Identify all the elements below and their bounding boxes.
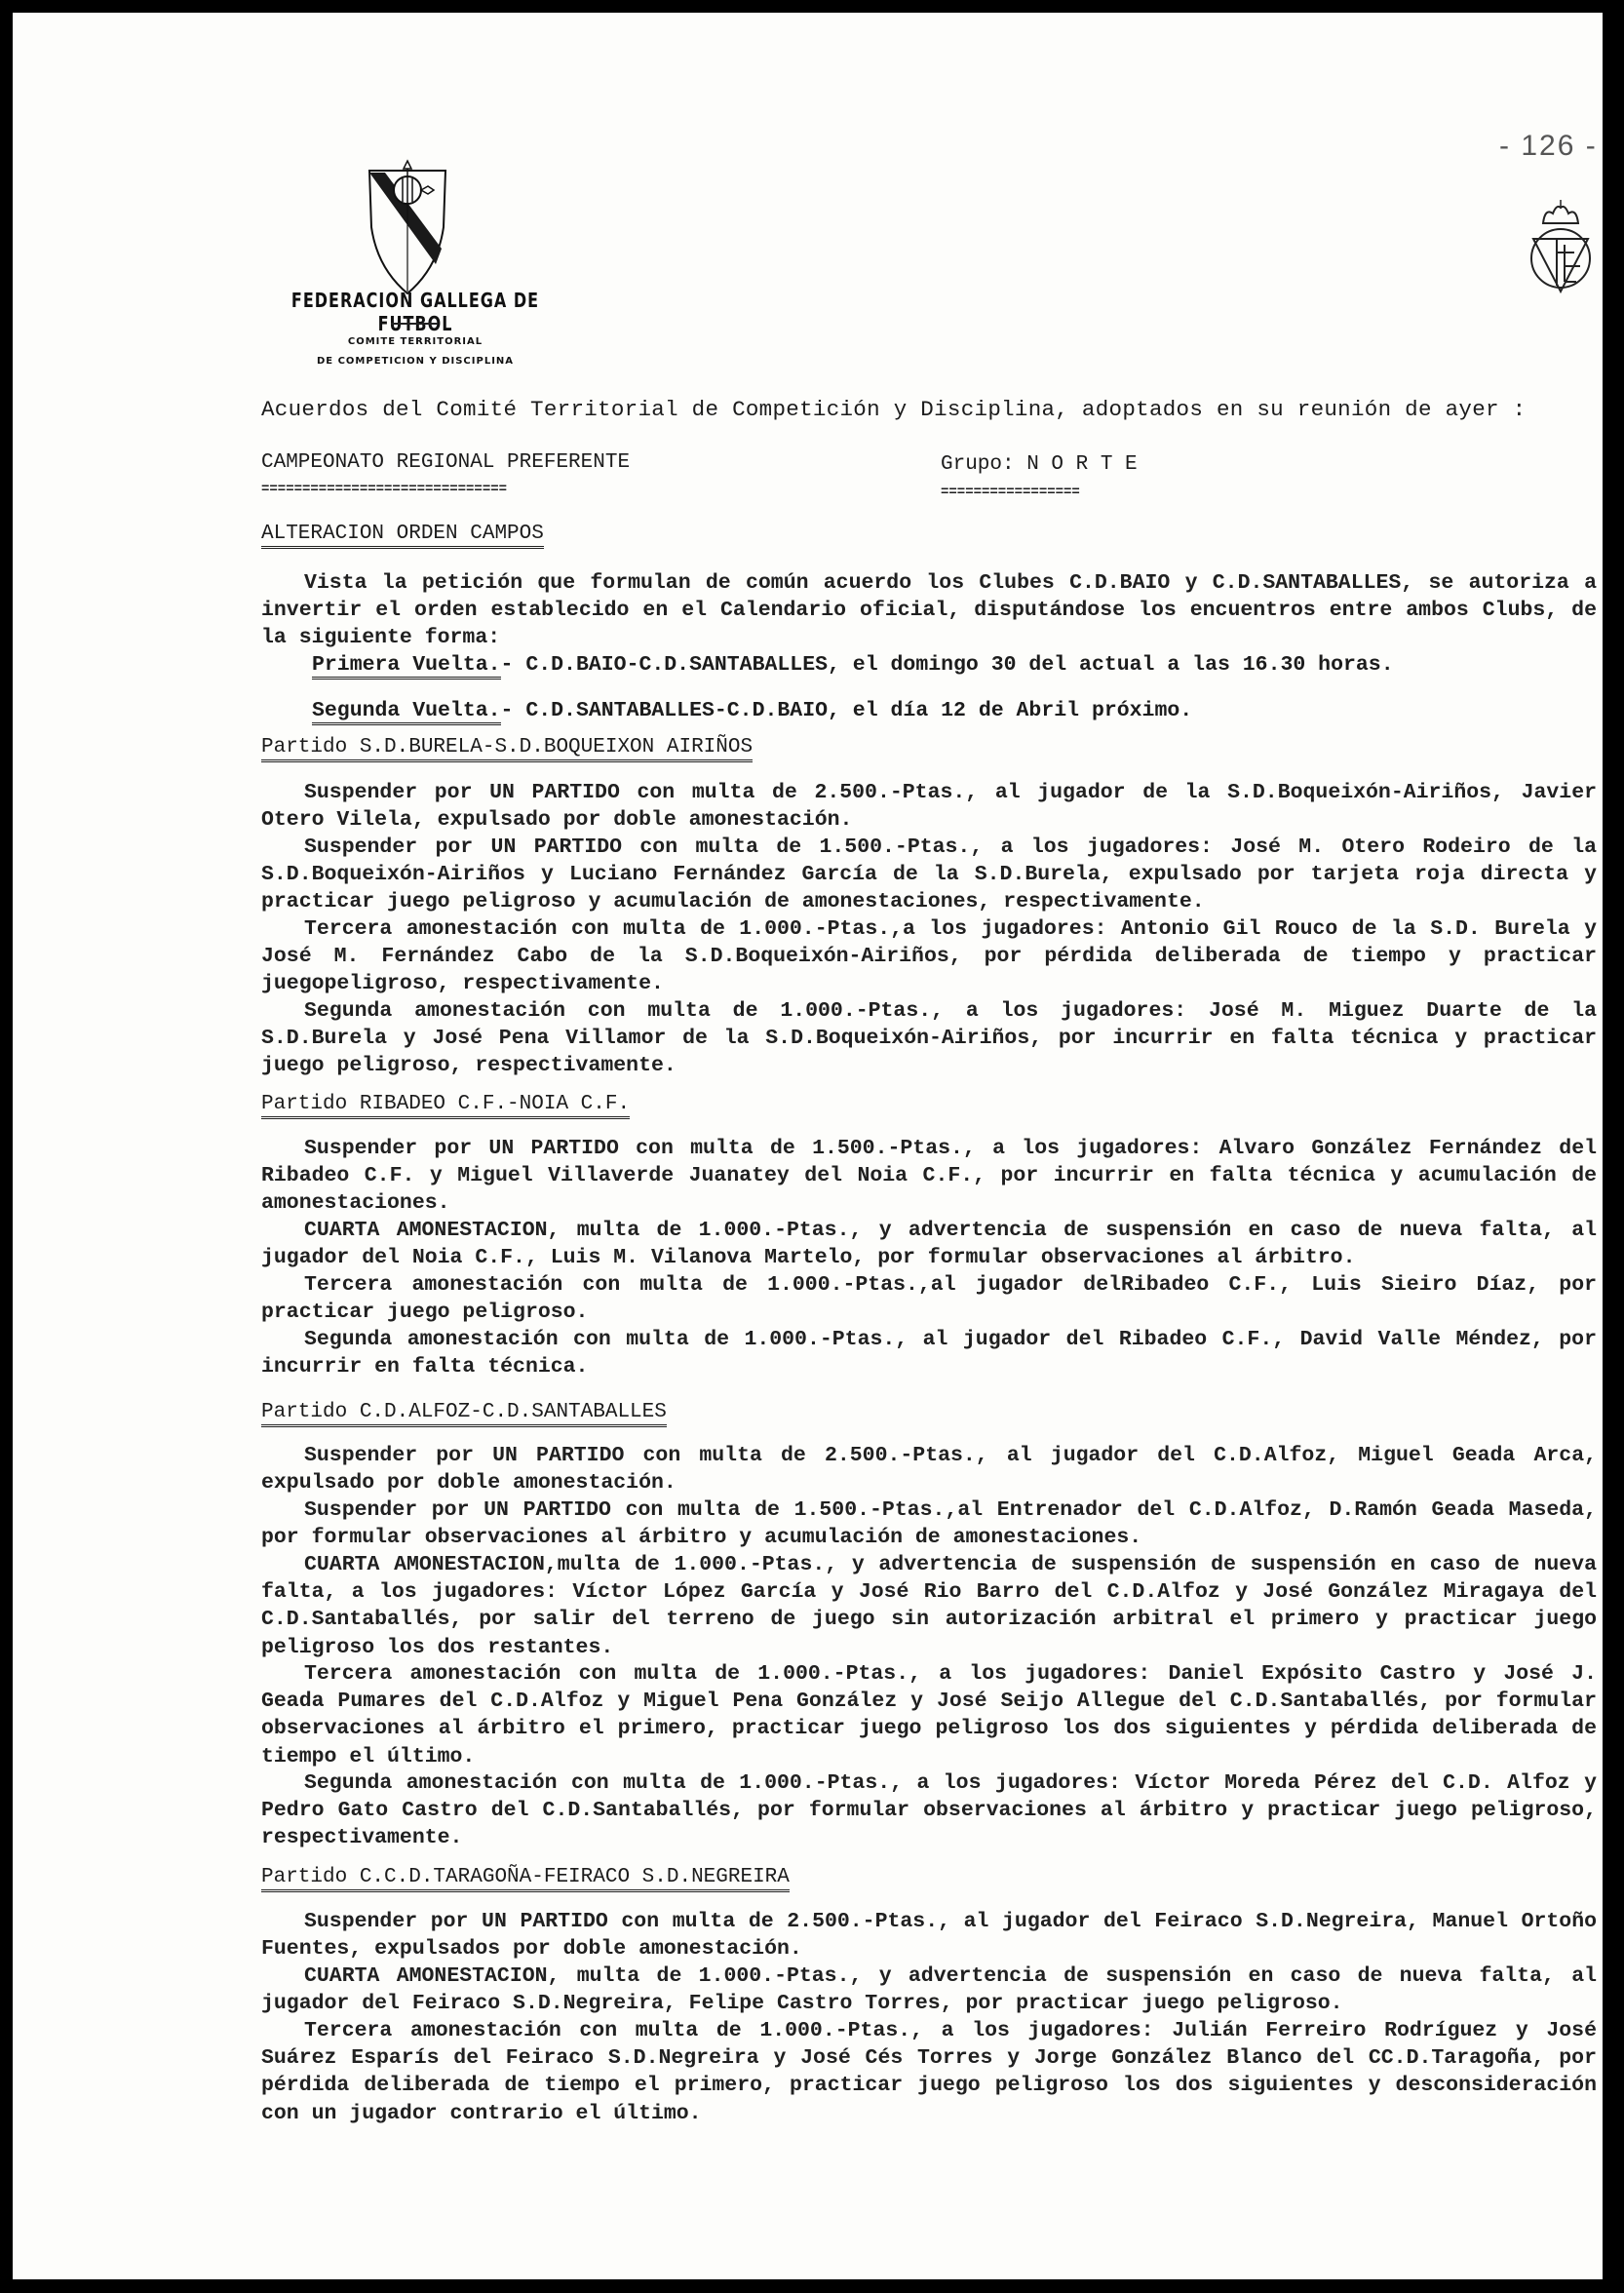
section-paragraph: CUARTA AMONESTACION, multa de 1.000.-Pta… [261,1963,1597,2017]
page-number: - 126 - [1499,130,1598,163]
group-label-rule: ================= [941,485,1080,500]
schedule-item-label: Segunda Vuelta. [312,699,501,725]
championship-title: CAMPEONATO REGIONAL PREFERENTE [261,451,630,474]
federation-name: FEDERACION GALLEGA DE FUTBOL [254,289,576,335]
section-paragraph: Suspender por UN PARTIDO con multa de 2.… [261,1908,1597,1963]
letterhead-divider [391,323,438,325]
intro-text: Acuerdos del Comité Territorial de Compe… [261,397,1526,422]
section-heading: Partido C.D.ALFOZ-C.D.SANTABALLES [261,1401,667,1427]
section-paragraph: Suspender por UN PARTIDO con multa de 2.… [261,1442,1597,1496]
schedule-item-text: - C.D.SANTABALLES-C.D.BAIO, el día 12 de… [501,699,1193,722]
section-paragraph: Vista la petición que formulan de común … [261,569,1597,652]
schedule-item: Primera Vuelta.- C.D.BAIO-C.D.SANTABALLE… [312,653,1394,677]
group-label: Grupo: N O R T E [941,453,1138,476]
section-heading: ALTERACION ORDEN CAMPOS [261,523,544,549]
section-paragraph: Suspender por UN PARTIDO con multa de 1.… [261,1135,1597,1218]
section-paragraph: CUARTA AMONESTACION, multa de 1.000.-Pta… [261,1217,1597,1271]
section-paragraph: Suspender por UN PARTIDO con multa de 1.… [261,834,1597,916]
committee-name-line2: DE COMPETICION Y DISCIPLINA [254,356,576,367]
section-paragraph: Tercera amonestación con multa de 1.000.… [261,1660,1597,1770]
schedule-item-text: - C.D.BAIO-C.D.SANTABALLES, el domingo 3… [501,653,1394,677]
championship-title-rule: ============================== [261,482,507,497]
section-heading: Partido RIBADEO C.F.-NOIA C.F. [261,1093,630,1119]
galician-federation-crest-icon [364,159,451,295]
section-paragraph: Segunda amonestación con multa de 1.000.… [261,997,1597,1080]
section-paragraph: Suspender por UN PARTIDO con multa de 2.… [261,779,1597,834]
schedule-item: Segunda Vuelta.- C.D.SANTABALLES-C.D.BAI… [312,699,1192,722]
section-heading: Partido C.C.D.TARAGOÑA-FEIRACO S.D.NEGRE… [261,1866,790,1892]
section-heading: Partido S.D.BURELA-S.D.BOQUEIXON AIRIÑOS [261,736,753,762]
section-paragraph: Tercera amonestación con multa de 1.000.… [261,2017,1597,2127]
section-paragraph: CUARTA AMONESTACION,multa de 1.000.-Ptas… [261,1551,1597,1661]
section-paragraph: Segunda amonestación con multa de 1.000.… [261,1326,1597,1380]
schedule-item-label: Primera Vuelta. [312,653,501,680]
section-paragraph: Segunda amonestación con multa de 1.000.… [261,1769,1597,1852]
document-page: - 126 - FEDERACION GALLEGA DE FUTBOL COM… [13,13,1603,2279]
committee-name-line1: COMITE TERRITORIAL [254,336,576,347]
section-paragraph: Tercera amonestación con multa de 1.000.… [261,1271,1597,1326]
section-paragraph: Suspender por UN PARTIDO con multa de 1.… [261,1496,1597,1551]
section-paragraph: Tercera amonestación con multa de 1.000.… [261,915,1597,998]
rfef-crown-crest-icon [1526,198,1596,295]
